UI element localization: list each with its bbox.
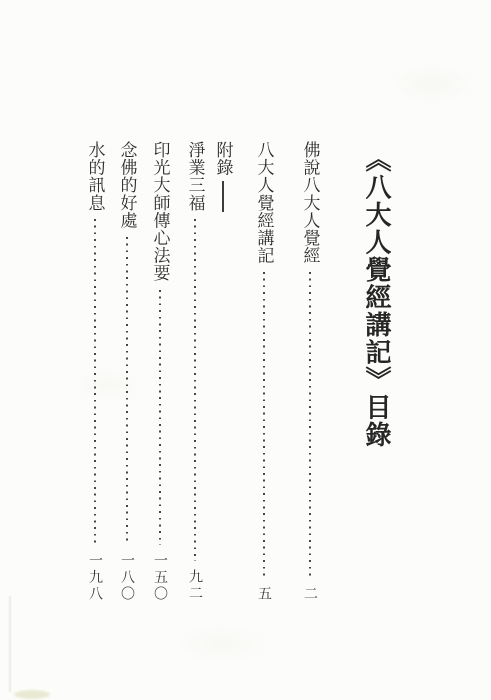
page-number: 一九八 [85,553,105,603]
entry-title: 水的訊息 [83,141,108,211]
dot-leader [194,219,196,561]
page-number: 二 [300,586,320,603]
scanned-book-page: 《八大人覺經講記》目錄 佛說八大人覺經 二 八大人覺經講記 五 附錄 淨業三福 … [0,0,491,700]
entry-title: 附錄 [211,141,236,176]
toc-entry: 佛說八大人覺經 二 [297,141,323,602]
entry-title: 佛說八大人覺經 [298,141,323,264]
toc-entry-appendix-heading: 附錄 [210,141,236,602]
page-title: 《八大人覺經講記》目錄 [358,146,395,449]
dot-leader [94,219,96,544]
page-number: 五 [254,586,274,603]
toc-entry: 八大人覺經講記 五 [251,141,277,602]
em-dash-line [222,181,224,212]
page-number: 一五〇 [150,553,170,603]
scan-smudge-artifact [14,690,50,699]
entry-title: 念佛的好處 [115,141,140,229]
dot-leader [263,272,265,577]
toc-entry: 印光大師傳心法要 一五〇 [147,141,173,602]
entry-title: 淨業三福 [183,141,208,211]
toc-entry: 水的訊息 一九八 [82,141,108,602]
dot-leader [309,272,311,577]
toc-entry: 淨業三福 九二 [182,141,208,602]
toc-entry: 念佛的好處 一八〇 [114,141,140,602]
entry-title: 八大人覺經講記 [252,141,277,264]
page-number: 九二 [185,569,205,602]
entry-title: 印光大師傳心法要 [148,141,173,282]
dot-leader [126,237,128,545]
page-number: 一八〇 [117,553,137,603]
dot-leader [159,290,161,545]
scan-streak-artifact [9,596,11,692]
